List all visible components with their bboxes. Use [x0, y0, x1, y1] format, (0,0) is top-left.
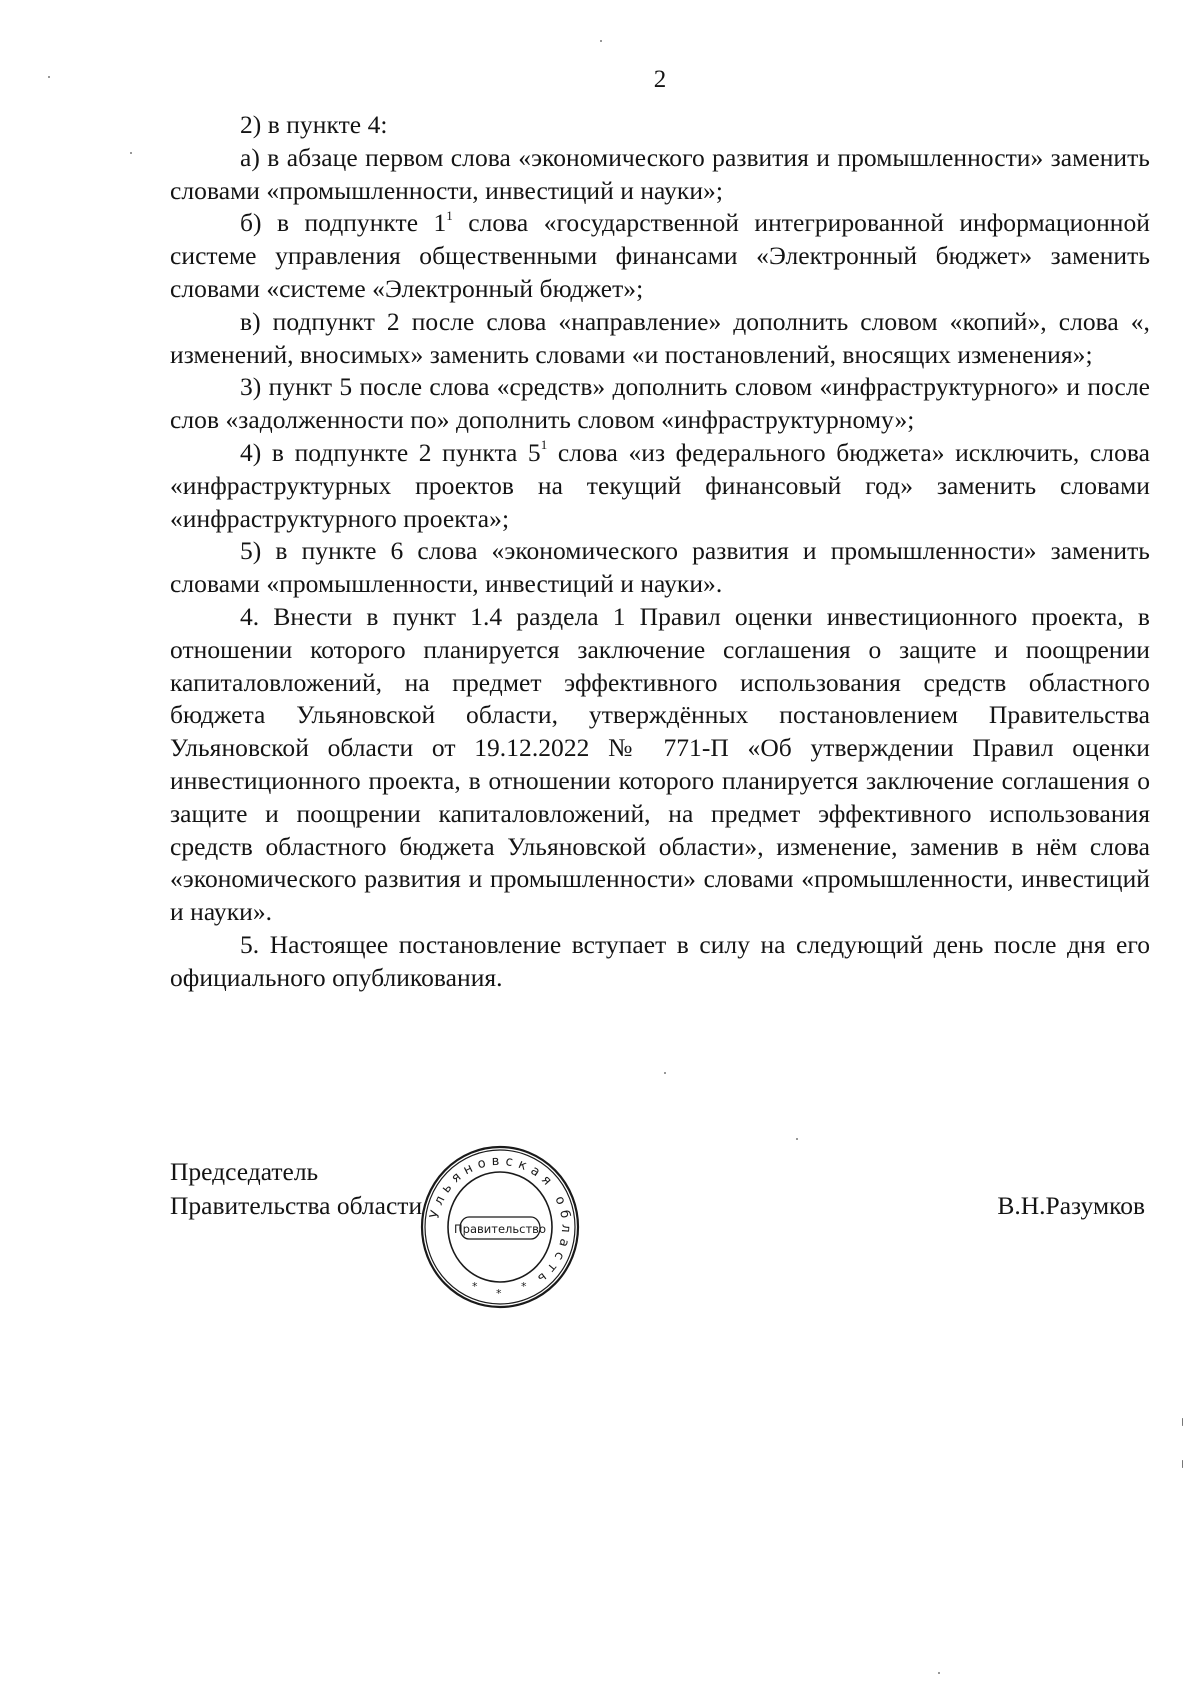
scan-speck: [664, 1072, 666, 1074]
paragraph-section-4: 4. Внести в пункт 1.4 раздела 1 Правил о…: [170, 601, 1150, 929]
paragraph-item-5: 5) в пункте 6 слова «экономического разв…: [170, 535, 1150, 601]
document-body: 2) в пункте 4: а) в абзаце первом слова …: [170, 109, 1150, 995]
paragraph-subitem-b: б) в подпункте 11 слова «государственной…: [170, 207, 1150, 305]
seal-center-text: Правительство: [454, 1222, 546, 1236]
svg-text:*: *: [521, 1280, 527, 1293]
signatory-title-line1: Председатель: [170, 1155, 422, 1189]
scan-speck: [130, 152, 132, 154]
svg-text:*: *: [472, 1280, 478, 1293]
scan-speck: [48, 76, 50, 78]
superscript-index: 1: [541, 437, 548, 452]
official-seal-icon: Ульяновская область Правительство * * *: [415, 1142, 585, 1312]
paragraph-text: 4) в подпункте 2 пункта 5: [240, 438, 541, 467]
paragraph-item-4: 4) в подпункте 2 пункта 51 слова «из фед…: [170, 437, 1150, 535]
signatory-title-line2: Правительства области: [170, 1189, 422, 1223]
signatory-name: В.Н.Разумков: [997, 1189, 1145, 1223]
scan-speck: [796, 1138, 798, 1140]
paragraph-subitem-a: а) в абзаце первом слова «экономического…: [170, 142, 1150, 208]
paragraph-item-2: 2) в пункте 4:: [170, 109, 1150, 142]
paragraph-subitem-v: в) подпункт 2 после слова «направление» …: [170, 306, 1150, 372]
scan-speck: [600, 40, 602, 42]
svg-text:*: *: [496, 1287, 502, 1300]
scan-speck: [938, 1672, 940, 1674]
paragraph-section-5: 5. Настоящее постановление вступает в си…: [170, 929, 1150, 995]
paragraph-text: б) в подпункте 1: [240, 208, 446, 237]
document-page: 2 2) в пункте 4: а) в абзаце первом слов…: [0, 0, 1200, 1698]
superscript-index: 1: [446, 208, 453, 223]
paragraph-item-3: 3) пункт 5 после слова «средств» дополни…: [170, 371, 1150, 437]
signatory-title: Председатель Правительства области: [170, 1155, 422, 1223]
page-number: 2: [0, 64, 1200, 96]
scan-speck: [1182, 1460, 1183, 1468]
scan-speck: [1182, 1418, 1183, 1426]
